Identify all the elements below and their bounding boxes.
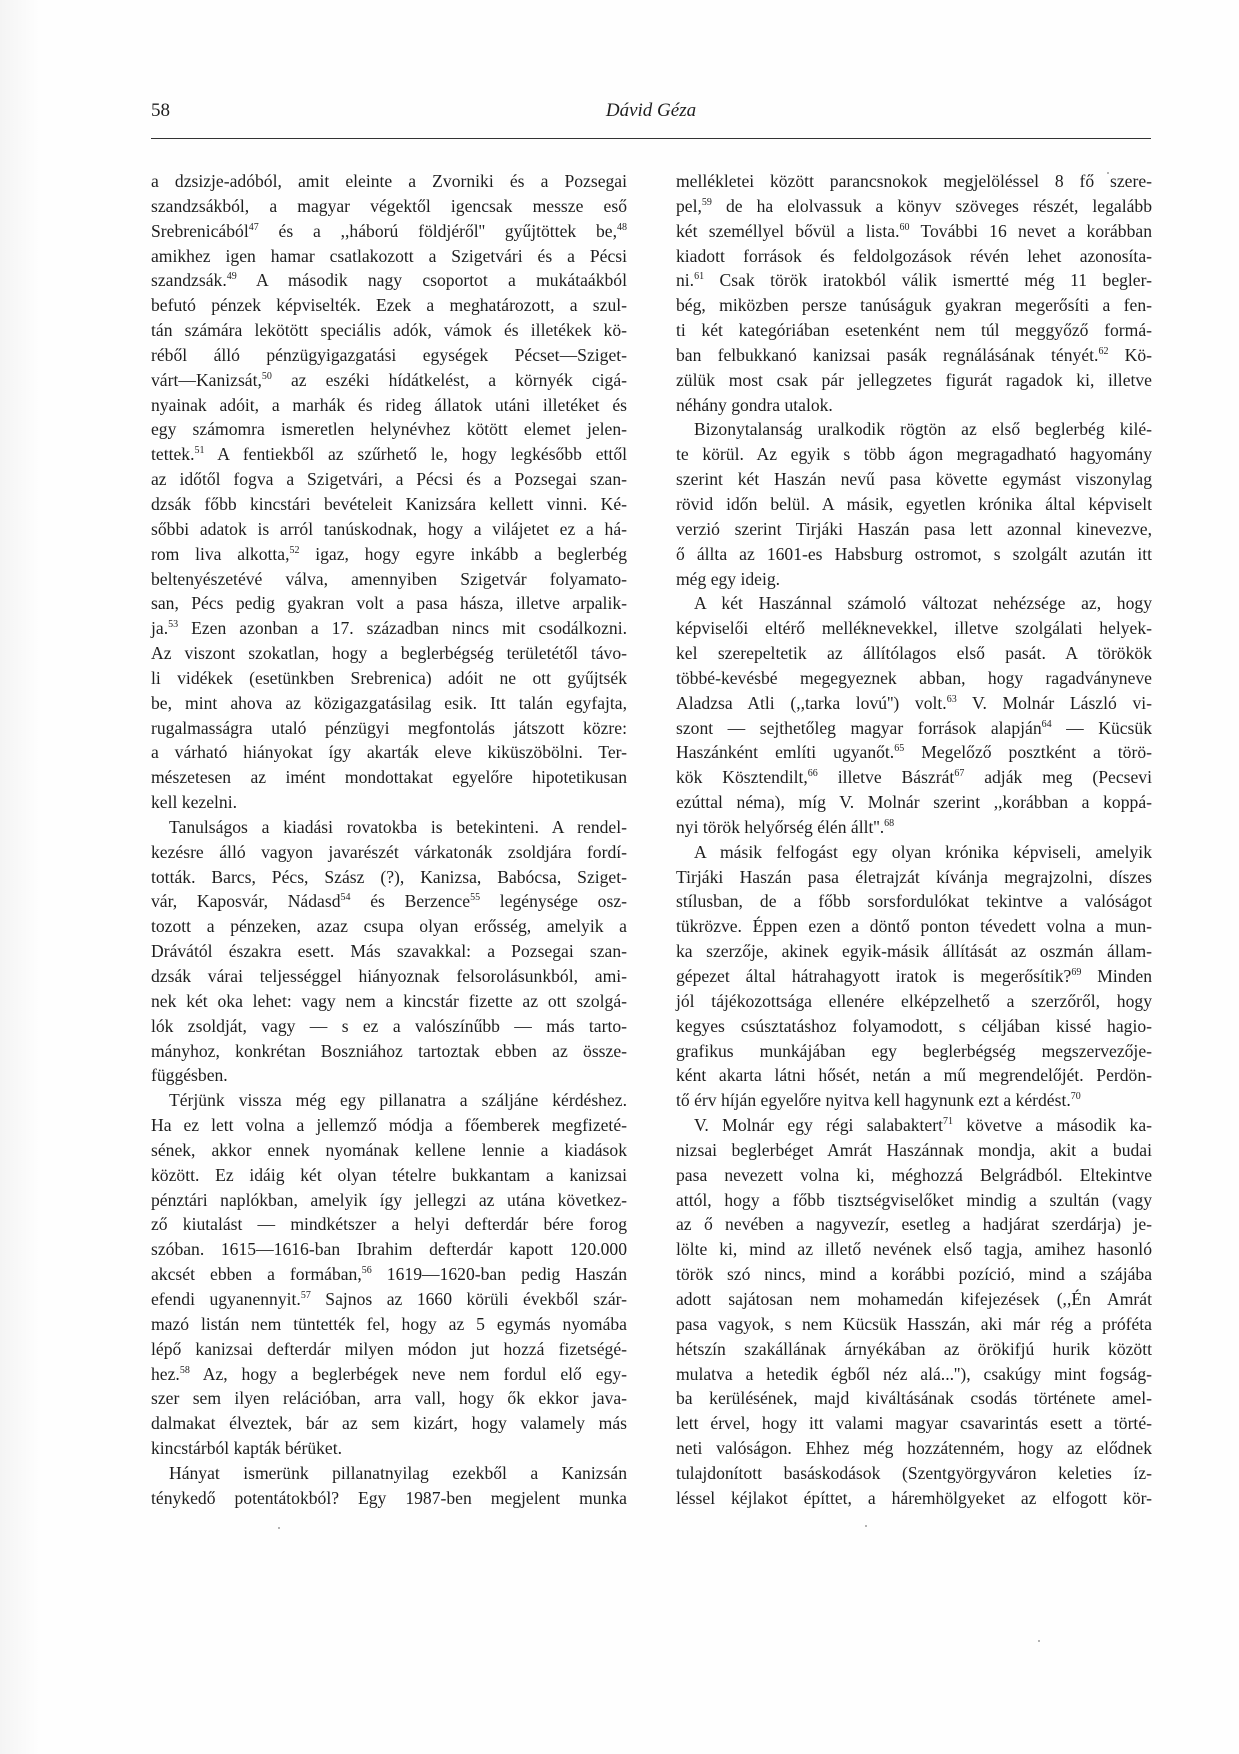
- text-line: török szó nincs, mind a korábbi pozíció,…: [676, 1262, 1152, 1287]
- text-line: ző kiutalást — mindkétszer a helyi defte…: [151, 1212, 627, 1237]
- text-line: ba kerülésének, majd kiváltásának csodás…: [676, 1386, 1152, 1411]
- text-line: lölte ki, mind az illető nevének első ta…: [676, 1237, 1152, 1262]
- text-line: tozott a pénzeken, azaz csupa olyan erős…: [151, 914, 627, 939]
- text-run: ban felbukkanó kanizsai pasák regnálásán…: [676, 345, 1098, 365]
- text-run: hez.: [151, 1364, 180, 1384]
- text-run: tő érv híján egyelőre nyitva kell hagynu…: [676, 1090, 1071, 1110]
- text-run: rugalmasságra utaló pénzügyi megfontolás…: [151, 718, 627, 738]
- text-run: verzió szerint Tirjáki Haszán pasa lett …: [676, 519, 1152, 539]
- text-line: mányhoz, konkrétan Boszniához tartoztak …: [151, 1039, 627, 1064]
- text-line: kezésre álló vagyon javarészét várkatoná…: [151, 840, 627, 865]
- text-line: ként akarta látni hősét, netán a mű megr…: [676, 1063, 1152, 1088]
- text-run: az időtől fogva a Szigetvári, a Pécsi és…: [151, 469, 627, 489]
- text-line: dzsák főbb kincstári bevételeit Kanizsár…: [151, 492, 627, 517]
- text-run: attól, hogy a főbb tisztségviselőket min…: [676, 1190, 1152, 1210]
- text-line: ban felbukkanó kanizsai pasák regnálásán…: [676, 343, 1152, 368]
- text-line: dalmakat élveztek, bár az sem kizárt, ho…: [151, 1411, 627, 1436]
- text-run: kel szerepeltetik az állítólagos első pa…: [676, 643, 1152, 663]
- text-run: befutó pénzek képviselték. Ezek a meghat…: [151, 295, 627, 315]
- text-line: kiadott források és feldolgozások révén …: [676, 244, 1152, 269]
- text-line: tán számára lekötött speciális adók, vám…: [151, 318, 627, 343]
- text-line: rom liva alkotta,52 igaz, hogy egyre ink…: [151, 542, 627, 567]
- text-run: pénztári naplókban, amelyik így jellegzi…: [151, 1190, 627, 1210]
- text-run: de ha elolvassuk a könyv szöveges részét…: [712, 196, 1152, 216]
- text-run: nek két oka lehet: vagy nem a kincstár f…: [151, 991, 627, 1011]
- text-line: a dzsizje-adóból, amit eleinte a Zvornik…: [151, 169, 627, 194]
- text-line: nizsai beglerbéget Amrát Haszánnak mondj…: [676, 1138, 1152, 1163]
- scan-speck: [1038, 1640, 1040, 1642]
- text-run: többé-kevésbé megegyeznek abban, hogy ra…: [676, 668, 1152, 688]
- text-run: A másik felfogást egy olyan krónika képv…: [694, 842, 1152, 862]
- header-rule: [151, 138, 1151, 139]
- text-line: tettek.51 A fentiekből az szűrhető le, h…: [151, 442, 627, 467]
- text-line: kegyes csúsztatáshoz folyamodott, s célj…: [676, 1014, 1152, 1039]
- text-run: néhány gondra utalok.: [676, 395, 833, 415]
- text-line: gépezet által hátrahagyott iratok is meg…: [676, 964, 1152, 989]
- text-run: rövid időn belül. A másik, egyetlen krón…: [676, 494, 1152, 514]
- text-line: szóban. 1615—1616-ban Ibrahim defterdár …: [151, 1237, 627, 1262]
- text-line: többé-kevésbé megegyeznek abban, hogy ra…: [676, 666, 1152, 691]
- footnote-ref: 52: [290, 545, 300, 556]
- text-run: illetve Bászrát: [818, 767, 955, 787]
- text-run: rom liva alkotta,: [151, 544, 290, 564]
- text-line: A másik felfogást egy olyan krónika képv…: [676, 840, 1152, 865]
- text-run: san, Pécs pedig gyakran volt a pasa hász…: [151, 593, 627, 613]
- footnote-ref: 67: [954, 768, 964, 779]
- text-line: két személlyel bővül a lista.60 További …: [676, 219, 1152, 244]
- text-run: pel,: [676, 196, 702, 216]
- text-line: befutó pénzek képviselték. Ezek a meghat…: [151, 293, 627, 318]
- footnote-ref: 58: [180, 1365, 190, 1376]
- text-line: réből álló pénzügyigazgatási egységek Pé…: [151, 343, 627, 368]
- page-edge-shadow: [0, 0, 40, 1754]
- text-run: Tirjáki Haszán pasa életrajzát kívánja m…: [676, 867, 1152, 887]
- scanned-book-page: 58 Dávid Géza a dzsizje-adóból, amit ele…: [0, 0, 1239, 1754]
- text-line: Haszánként említi ugyanőt.65 Megelőző po…: [676, 740, 1152, 765]
- text-run: kök Kösztendilt,: [676, 767, 808, 787]
- text-line: Bizonytalanság uralkodik rögtön az első …: [676, 417, 1152, 442]
- text-line: szandzsákból, a magyar végektől igencsak…: [151, 194, 627, 219]
- text-run: gépezet által hátrahagyott iratok is meg…: [676, 966, 1071, 986]
- text-run: nyi török helyőrség élén állt''.: [676, 817, 884, 837]
- text-run: grafikus munkájában egy beglerbégség meg…: [676, 1041, 1152, 1061]
- text-run: ja.: [151, 618, 168, 638]
- text-run: lett érvel, hogy itt valami magyar csava…: [676, 1413, 1152, 1433]
- text-run: ő állta az 1601-es Habsburg ostromot, s …: [676, 544, 1152, 564]
- text-line: ezúttal néma), míg V. Molnár szerint ,,k…: [676, 790, 1152, 815]
- text-run: lépő kanizsai defterdár milyen módon jut…: [151, 1339, 627, 1359]
- text-line: kell kezelni.: [151, 790, 627, 815]
- text-run: mellékletei között parancsnokok megjelöl…: [676, 171, 1152, 191]
- text-run: kincstárból kapták bérüket.: [151, 1438, 342, 1458]
- text-run: Drávától északra esett. Más szavakkal: a…: [151, 941, 627, 961]
- text-run: zülük most csak pár jellegzetes figurát …: [676, 370, 1152, 390]
- text-line: Ha ez lett volna a jellemző módja a főem…: [151, 1113, 627, 1138]
- footnote-ref: 70: [1071, 1091, 1081, 1102]
- text-line: pasa nevezett volna ki, méghozzá Belgrád…: [676, 1163, 1152, 1188]
- text-run: te körül. Az egyik s több ágon megragadh…: [676, 444, 1152, 464]
- text-run: Hányat ismerünk pillanatnyilag ezekből a…: [169, 1463, 627, 1483]
- text-line: nyi török helyőrség élén állt''.68: [676, 815, 1152, 840]
- text-run: igaz, hogy egyre inkább a beglerbég: [300, 544, 628, 564]
- text-run: adják meg (Pecsevi: [964, 767, 1152, 787]
- text-line: Drávától északra esett. Más szavakkal: a…: [151, 939, 627, 964]
- footnote-ref: 62: [1098, 346, 1108, 357]
- text-run: adott sajátosan nem mohamedán kifejezése…: [676, 1289, 1152, 1309]
- footnote-ref: 51: [194, 445, 204, 456]
- text-run: Minden: [1081, 966, 1152, 986]
- text-run: Térjünk vissza még egy pillanatra a szál…: [169, 1090, 627, 1110]
- text-line: Térjünk vissza még egy pillanatra a szál…: [151, 1088, 627, 1113]
- footnote-ref: 69: [1071, 967, 1081, 978]
- footnote-ref: 60: [900, 222, 910, 233]
- text-line: léssel kéjlakot építtet, a háremhölgyeke…: [676, 1486, 1152, 1511]
- text-line: Srebrenicából47 és a ,,háború földjéről'…: [151, 219, 627, 244]
- text-line: rugalmasságra utaló pénzügyi megfontolás…: [151, 716, 627, 741]
- text-run: a dzsizje-adóból, amit eleinte a Zvornik…: [151, 171, 627, 191]
- text-line: tő érv híján egyelőre nyitva kell hagynu…: [676, 1088, 1152, 1113]
- text-line: tották. Barcs, Pécs, Szász (?), Kanizsa,…: [151, 865, 627, 890]
- text-run: ezúttal néma), míg V. Molnár szerint ,,k…: [676, 792, 1152, 812]
- text-run: kegyes csúsztatáshoz folyamodott, s célj…: [676, 1016, 1152, 1036]
- text-run: Sajnos az 1660 körüli évekből szár-: [311, 1289, 627, 1309]
- text-run: két személlyel bővül a lista.: [676, 221, 900, 241]
- text-run: vár, Kaposvár, Nádasd: [151, 891, 341, 911]
- text-run: Az, hogy a beglerbégek neve nem fordul e…: [190, 1364, 627, 1384]
- text-run: tettek.: [151, 444, 194, 464]
- text-run: nizsai beglerbéget Amrát Haszánnak mondj…: [676, 1140, 1152, 1160]
- text-run: Csak török iratokból válik ismertté még …: [704, 270, 1152, 290]
- text-run: ni.: [676, 270, 694, 290]
- text-line: tükrözve. Éppen ezen a döntő ponton téve…: [676, 914, 1152, 939]
- footnote-ref: 55: [470, 893, 480, 904]
- text-run: léssel kéjlakot építtet, a háremhölgyeke…: [676, 1488, 1152, 1508]
- text-run: szer sem ilyen relációban, arra vall, ho…: [151, 1388, 627, 1408]
- text-run: mulatva a hetedik égből néz alá...''), c…: [676, 1364, 1152, 1384]
- text-line: az időtől fogva a Szigetvári, a Pécsi és…: [151, 467, 627, 492]
- text-line: attól, hogy a főbb tisztségviselőket min…: [676, 1188, 1152, 1213]
- footnote-ref: 63: [947, 694, 957, 705]
- text-run: ba kerülésének, majd kiváltásának csodás…: [676, 1388, 1152, 1408]
- footnote-ref: 49: [227, 272, 237, 283]
- text-run: nyainak adóit, a marhák és rideg állatok…: [151, 395, 627, 415]
- text-run: szerint két Haszán nevű pasa követte egy…: [676, 469, 1152, 489]
- text-run: szont — sejthetőleg magyar források alap…: [676, 718, 1042, 738]
- text-line: kincstárból kapták bérüket.: [151, 1436, 627, 1461]
- text-run: szandzsákból, a magyar végektől igencsak…: [151, 196, 627, 216]
- text-line: hétszín szakállának árnyékában az örökif…: [676, 1337, 1152, 1362]
- text-run: be, mint ahova az közigazgatásilag esik.…: [151, 693, 627, 713]
- text-run: jól tájékozottsága ellenére elképzelhető…: [676, 991, 1152, 1011]
- text-line: stílusban, de a főbb sorsfordulókat teki…: [676, 889, 1152, 914]
- text-run: függésben.: [151, 1065, 228, 1085]
- text-run: kell kezelni.: [151, 792, 237, 812]
- text-run: a várható hiányokat így akarták eleve ki…: [151, 742, 627, 762]
- text-run: 1619—1620-ban pedig Haszán: [372, 1264, 627, 1284]
- text-run: A két Haszánnal számoló változat nehézsé…: [694, 593, 1152, 613]
- text-run: és Berzence: [351, 891, 471, 911]
- text-run: neti valóságon. Ehhez még hozzátenném, h…: [676, 1438, 1152, 1458]
- footnote-ref: 50: [262, 371, 272, 382]
- text-run: mányhoz, konkrétan Boszniához tartoztak …: [151, 1041, 627, 1061]
- text-line: li vidékek (esetünkben Srebrenica) adóit…: [151, 666, 627, 691]
- text-run: pasa nevezett volna ki, méghozzá Belgrád…: [676, 1165, 1152, 1185]
- text-run: Ha ez lett volna a jellemző módja a főem…: [151, 1115, 627, 1135]
- text-run: dzsák várai teljességgel hiányoznak fels…: [151, 966, 627, 986]
- text-line: nyainak adóit, a marhák és rideg állatok…: [151, 393, 627, 418]
- text-line: mellékletei között parancsnokok megjelöl…: [676, 169, 1152, 194]
- text-run: amikhez igen hamar csatlakozott a Sziget…: [151, 246, 627, 266]
- text-run: V. Molnár László vi-: [957, 693, 1152, 713]
- text-run: az ő nevében a nagyvezír, esetleg a hadj…: [676, 1214, 1152, 1234]
- text-line: kel szerepeltetik az állítólagos első pa…: [676, 641, 1152, 666]
- footnote-ref: 56: [362, 1265, 372, 1276]
- text-run: — Kücsük: [1052, 718, 1152, 738]
- text-line: ti két kategóriában esetenként nem túl m…: [676, 318, 1152, 343]
- text-run: ka szerzője, akinek egyik-másik állításá…: [676, 941, 1152, 961]
- text-line: ő állta az 1601-es Habsburg ostromot, s …: [676, 542, 1152, 567]
- text-run: tozott a pénzeken, azaz csupa olyan erős…: [151, 916, 627, 936]
- text-line: pasa vagyok, s nem Kücsük Hasszán, aki m…: [676, 1312, 1152, 1337]
- text-line: zülük most csak pár jellegzetes figurát …: [676, 368, 1152, 393]
- text-line: néhány gondra utalok.: [676, 393, 1152, 418]
- text-run: efendi ugyanennyit.: [151, 1289, 301, 1309]
- footnote-ref: 71: [943, 1116, 953, 1127]
- text-run: tükrözve. Éppen ezen a döntő ponton téve…: [676, 916, 1152, 936]
- text-run: lók zsoldját, vagy — s ez a valószínűbb …: [151, 1016, 627, 1036]
- text-line: ni.61 Csak török iratokból válik ismertt…: [676, 268, 1152, 293]
- footnote-ref: 53: [168, 619, 178, 630]
- text-line: lépő kanizsai defterdár milyen módon jut…: [151, 1337, 627, 1362]
- text-run: dzsák főbb kincstári bevételeit Kanizsár…: [151, 494, 627, 514]
- text-line: V. Molnár egy régi salabaktert71 követve…: [676, 1113, 1152, 1138]
- text-line: az ő nevében a nagyvezír, esetleg a hadj…: [676, 1212, 1152, 1237]
- text-line: szer sem ilyen relációban, arra vall, ho…: [151, 1386, 627, 1411]
- text-line: szerint két Haszán nevű pasa követte egy…: [676, 467, 1152, 492]
- text-line: adott sajátosan nem mohamedán kifejezése…: [676, 1287, 1152, 1312]
- text-line: ténykedő potentátokból? Egy 1987-ben meg…: [151, 1486, 627, 1511]
- scan-speck: [1107, 172, 1109, 174]
- text-line: rövid időn belül. A másik, egyetlen krón…: [676, 492, 1152, 517]
- text-run: Haszánként említi ugyanőt.: [676, 742, 894, 762]
- text-run: akcsét ebben a formában,: [151, 1264, 362, 1284]
- text-line: szandzsák.49 A második nagy csoportot a …: [151, 268, 627, 293]
- text-run: legénysége osz-: [480, 891, 627, 911]
- text-run: li vidékek (esetünkben Srebrenica) adóit…: [151, 668, 627, 688]
- text-line: Aladzsa Atli (,,tarka lovú'') volt.63 V.…: [676, 691, 1152, 716]
- text-run: Kö-: [1108, 345, 1152, 365]
- text-run: hétszín szakállának árnyékában az örökif…: [676, 1339, 1152, 1359]
- text-line: Hányat ismerünk pillanatnyilag ezekből a…: [151, 1461, 627, 1486]
- text-run: tán számára lekötött speciális adók, vám…: [151, 320, 627, 340]
- text-run: További 16 nevet a korábban: [910, 221, 1153, 241]
- scan-speck: [278, 1527, 280, 1529]
- text-run: között. Ez idáig két olyan tételre bukka…: [151, 1165, 627, 1185]
- text-run: kiadott források és feldolgozások révén …: [676, 246, 1152, 266]
- text-line: kök Kösztendilt,66 illetve Bászrát67 adj…: [676, 765, 1152, 790]
- text-line: beltenyészetévé válva, amennyiben Sziget…: [151, 567, 627, 592]
- text-run: ként akarta látni hősét, netán a mű megr…: [676, 1065, 1152, 1085]
- text-line: pel,59 de ha elolvassuk a könyv szöveges…: [676, 194, 1152, 219]
- text-run: ző kiutalást — mindkétszer a helyi defte…: [151, 1214, 627, 1234]
- text-run: képviselői eltérő melléknevekkel, illetv…: [676, 618, 1152, 638]
- footnote-ref: 57: [301, 1290, 311, 1301]
- text-line: függésben.: [151, 1063, 627, 1088]
- text-run: kezésre álló vagyon javarészét várkatoná…: [151, 842, 627, 862]
- text-run: egy számomra ismeretlen helynévhez kötöt…: [151, 419, 627, 439]
- text-line: A két Haszánnal számoló változat nehézsé…: [676, 591, 1152, 616]
- text-line: Tanulságos a kiadási rovatokba is beteki…: [151, 815, 627, 840]
- text-run: Aladzsa Atli (,,tarka lovú'') volt.: [676, 693, 947, 713]
- text-line: san, Pécs pedig gyakran volt a pasa hász…: [151, 591, 627, 616]
- text-run: az eszéki hídátkelést, a környék cigá-: [272, 370, 627, 390]
- text-line: sének, akkor ennek nyomának kellene lenn…: [151, 1138, 627, 1163]
- text-line: pénztári naplókban, amelyik így jellegzi…: [151, 1188, 627, 1213]
- text-run: V. Molnár egy régi salabaktert: [694, 1115, 943, 1135]
- text-line: be, mint ahova az közigazgatásilag esik.…: [151, 691, 627, 716]
- text-line: efendi ugyanennyit.57 Sajnos az 1660 kör…: [151, 1287, 627, 1312]
- text-line: nek két oka lehet: vagy nem a kincstár f…: [151, 989, 627, 1014]
- text-run: szóban. 1615—1616-ban Ibrahim defterdár …: [151, 1239, 627, 1259]
- footnote-ref: 59: [702, 197, 712, 208]
- text-line: verzió szerint Tirjáki Haszán pasa lett …: [676, 517, 1152, 542]
- footnote-ref: 68: [884, 818, 894, 829]
- text-run: Az viszont szokatlan, hogy a beglerbégsé…: [151, 643, 627, 663]
- text-line: jól tájékozottsága ellenére elképzelhető…: [676, 989, 1152, 1014]
- left-text-column: a dzsizje-adóból, amit eleinte a Zvornik…: [151, 169, 627, 1511]
- text-run: stílusban, de a főbb sorsfordulókat teki…: [676, 891, 1152, 911]
- footnote-ref: 54: [341, 893, 351, 904]
- text-line: mazó listán nem tüntették fel, hogy az 5…: [151, 1312, 627, 1337]
- text-run: pasa vagyok, s nem Kücsük Hasszán, aki m…: [676, 1314, 1152, 1334]
- text-run: még egy ideig.: [676, 569, 780, 589]
- text-line: hez.58 Az, hogy a beglerbégek neve nem f…: [151, 1362, 627, 1387]
- text-line: akcsét ebben a formában,56 1619—1620-ban…: [151, 1262, 627, 1287]
- text-line: amikhez igen hamar csatlakozott a Sziget…: [151, 244, 627, 269]
- text-run: dalmakat élveztek, bár az sem kizárt, ho…: [151, 1413, 627, 1433]
- right-text-column: mellékletei között parancsnokok megjelöl…: [676, 169, 1152, 1511]
- text-line: vár, Kaposvár, Nádasd54 és Berzence55 le…: [151, 889, 627, 914]
- text-line: mészetesen az imént mondottakat egyelőre…: [151, 765, 627, 790]
- text-run: ténykedő potentátokból? Egy 1987-ben meg…: [151, 1488, 627, 1508]
- text-line: dzsák várai teljességgel hiányoznak fels…: [151, 964, 627, 989]
- text-line: grafikus munkájában egy beglerbégség meg…: [676, 1039, 1152, 1064]
- page-header: 58 Dávid Géza: [151, 100, 1151, 140]
- text-run: Megelőző posztként a törö-: [904, 742, 1152, 762]
- text-line: között. Ez idáig két olyan tételre bukka…: [151, 1163, 627, 1188]
- text-line: ja.53 Ezen azonban a 17. században nincs…: [151, 616, 627, 641]
- text-run: ti két kategóriában esetenként nem túl m…: [676, 320, 1152, 340]
- scan-speck: [865, 1525, 867, 1527]
- text-run: beltenyészetévé válva, amennyiben Sziget…: [151, 569, 627, 589]
- text-run: réből álló pénzügyigazgatási egységek Pé…: [151, 345, 627, 365]
- text-run: A fentiekből az szűrhető le, hogy legkés…: [204, 444, 627, 464]
- text-line: várt—Kanizsát,50 az eszéki hídátkelést, …: [151, 368, 627, 393]
- text-run: Tanulságos a kiadási rovatokba is beteki…: [169, 817, 627, 837]
- text-run: és a ,,háború földjéről'' gyűjtöttek be,: [259, 221, 617, 241]
- text-line: bég, miközben persze tanúságuk gyakran m…: [676, 293, 1152, 318]
- text-run: várt—Kanizsát,: [151, 370, 262, 390]
- footnote-ref: 47: [249, 222, 259, 233]
- text-line: lett érvel, hogy itt valami magyar csava…: [676, 1411, 1152, 1436]
- text-run: sének, akkor ennek nyomának kellene lenn…: [151, 1140, 627, 1160]
- text-run: mazó listán nem tüntették fel, hogy az 5…: [151, 1314, 627, 1334]
- text-line: mulatva a hetedik égből néz alá...''), c…: [676, 1362, 1152, 1387]
- text-run: tulajdonított basáskodások (Szentgyörgyv…: [676, 1463, 1152, 1483]
- text-run: követve a második ka-: [953, 1115, 1152, 1135]
- text-line: egy számomra ismeretlen helynévhez kötöt…: [151, 417, 627, 442]
- text-run: sőbbi adatok is arról tanúskodnak, hogy …: [151, 519, 627, 539]
- text-line: lók zsoldját, vagy — s ez a valószínűbb …: [151, 1014, 627, 1039]
- text-line: tulajdonított basáskodások (Szentgyörgyv…: [676, 1461, 1152, 1486]
- text-line: te körül. Az egyik s több ágon megragadh…: [676, 442, 1152, 467]
- text-line: neti valóságon. Ehhez még hozzátenném, h…: [676, 1436, 1152, 1461]
- text-line: ka szerzője, akinek egyik-másik állításá…: [676, 939, 1152, 964]
- text-line: a várható hiányokat így akarták eleve ki…: [151, 740, 627, 765]
- footnote-ref: 48: [617, 222, 627, 233]
- text-line: Tirjáki Haszán pasa életrajzát kívánja m…: [676, 865, 1152, 890]
- text-run: bég, miközben persze tanúságuk gyakran m…: [676, 295, 1152, 315]
- text-run: tották. Barcs, Pécs, Szász (?), Kanizsa,…: [151, 867, 627, 887]
- running-head-author: Dávid Géza: [151, 100, 1151, 122]
- text-run: lölte ki, mind az illető nevének első ta…: [676, 1239, 1152, 1259]
- text-run: Ezen azonban a 17. században nincs mit c…: [178, 618, 627, 638]
- text-line: sőbbi adatok is arról tanúskodnak, hogy …: [151, 517, 627, 542]
- text-run: Bizonytalanság uralkodik rögtön az első …: [694, 419, 1152, 439]
- text-line: képviselői eltérő melléknevekkel, illetv…: [676, 616, 1152, 641]
- footnote-ref: 64: [1042, 719, 1052, 730]
- footnote-ref: 66: [808, 768, 818, 779]
- text-run: Srebrenicából: [151, 221, 249, 241]
- text-run: szandzsák.: [151, 270, 227, 290]
- footnote-ref: 65: [894, 744, 904, 755]
- text-line: még egy ideig.: [676, 567, 1152, 592]
- text-run: A második nagy csoportot a mukátaákból: [237, 270, 627, 290]
- text-line: Az viszont szokatlan, hogy a beglerbégsé…: [151, 641, 627, 666]
- text-run: mészetesen az imént mondottakat egyelőre…: [151, 767, 627, 787]
- text-line: szont — sejthetőleg magyar források alap…: [676, 716, 1152, 741]
- text-run: török szó nincs, mind a korábbi pozíció,…: [676, 1264, 1152, 1284]
- footnote-ref: 61: [694, 272, 704, 283]
